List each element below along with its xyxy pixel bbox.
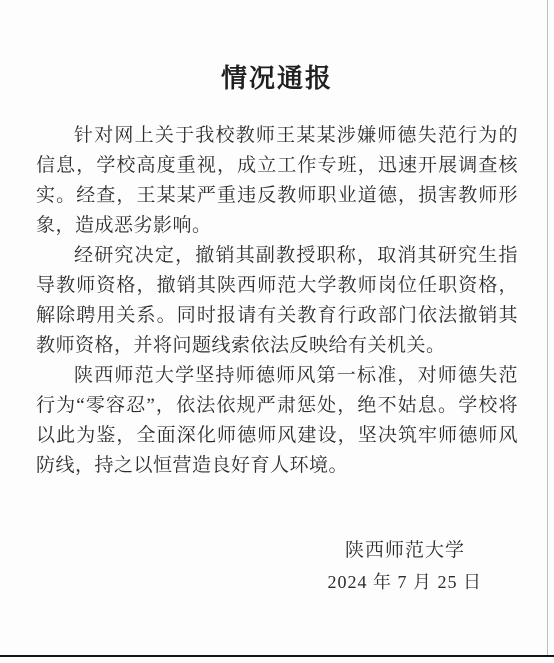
page-right-edge-line [547, 0, 548, 656]
paragraph-decision: 经研究决定，撤销其副教授职称，取消其研究生指导教师资格，撤销其陕西师范大学教师岗… [36, 241, 518, 361]
document-title: 情况通报 [0, 58, 554, 95]
notice-document-page: 情况通报 针对网上关于我校教师王某某涉嫌师德失范行为的信息，学校高度重视，成立工… [0, 0, 554, 663]
paragraph-investigation: 针对网上关于我校教师王某某涉嫌师德失范行为的信息，学校高度重视，成立工作专班，迅… [36, 121, 518, 241]
document-body: 针对网上关于我校教师王某某涉嫌师德失范行为的信息，学校高度重视，成立工作专班，迅… [36, 121, 518, 481]
page-bottom-border-line [0, 655, 554, 657]
signature-date: 2024 年 7 月 25 日 [328, 568, 483, 596]
signature-university-name: 陕西师范大学 [345, 537, 465, 565]
paragraph-statement: 陕西师范大学坚持师德师风第一标准，对师德失范行为“零容忍”，依法依规严肃惩处，绝… [36, 361, 518, 481]
